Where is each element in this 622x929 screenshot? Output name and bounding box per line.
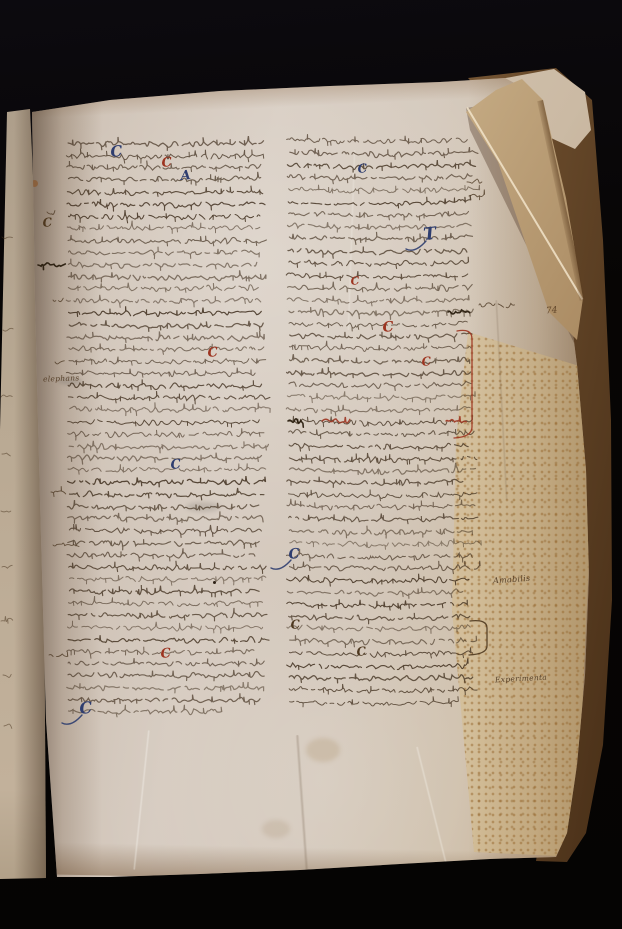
marginalia-layer: 74 elephansAmabilisExperimenta bbox=[0, 0, 622, 929]
margin-note-experimenta: Experimenta bbox=[495, 673, 548, 685]
margin-note-elephans: elephans bbox=[43, 373, 80, 383]
photo-scene: CCACCCCCCTCCCCCC 74 elephansAmabilisExpe… bbox=[0, 0, 622, 929]
margin-note-amabilis: Amabilis bbox=[493, 574, 531, 586]
folio-number: 74 bbox=[546, 306, 558, 317]
